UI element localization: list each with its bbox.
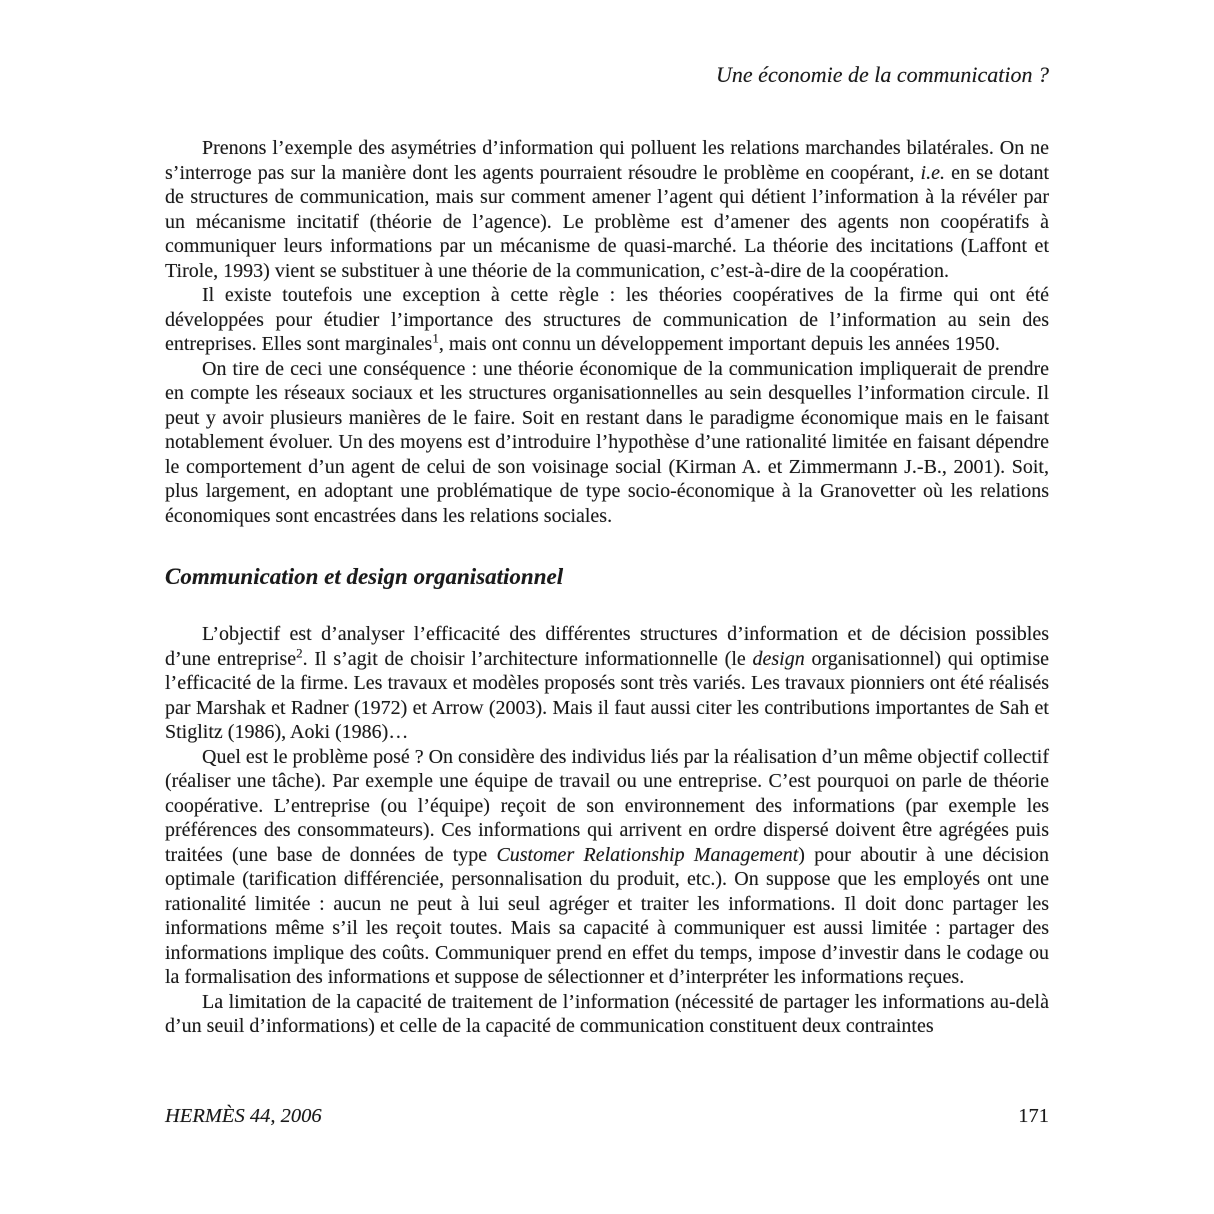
paragraph: L’objectif est d’analyser l’efficacité d… [165,622,1049,745]
text-run: Communication et design organisationnel [165,564,563,589]
content-blocks: Prenons l’exemple des asymétries d’infor… [165,136,1049,1039]
running-header: Une économie de la communication ? [165,62,1049,88]
journal-name: HERMÈS 44, 2006 [165,1104,322,1129]
text-run-italic: Customer Relationship Management [496,844,798,866]
paragraph: Prenons l’exemple des asymétries d’infor… [165,136,1049,283]
paragraph: La limitation de la capacité de traiteme… [165,990,1049,1039]
page-number: 171 [1018,1104,1049,1129]
text-run: On tire de ceci une conséquence : une th… [165,358,1049,527]
paragraph: On tire de ceci une conséquence : une th… [165,357,1049,529]
section-heading: Communication et design organisationnel [165,564,1049,590]
text-run: La limitation de la capacité de traiteme… [165,991,1049,1038]
text-run: . Il s’agit de choisir l’architecture in… [303,648,753,670]
paragraph: Il existe toutefois une exception à cett… [165,283,1049,357]
text-run-italic: i.e. [921,162,945,184]
paragraph: Quel est le problème posé ? On considère… [165,745,1049,990]
running-title: Une économie de la communication ? [716,62,1049,87]
page-content: Prenons l’exemple des asymétries d’infor… [165,136,1049,1039]
text-run-italic: design [753,648,805,670]
text-run: , mais ont connu un développement import… [439,333,1000,355]
document-page: Une économie de la communication ? Preno… [0,0,1214,1214]
page-footer: HERMÈS 44, 2006 171 [165,1104,1049,1129]
text-run: Prenons l’exemple des asymétries d’infor… [165,137,1049,184]
